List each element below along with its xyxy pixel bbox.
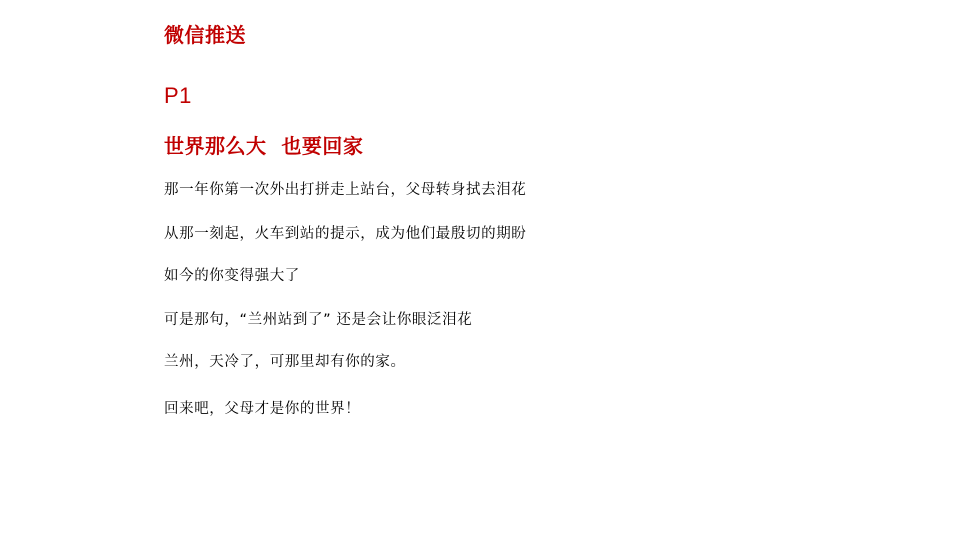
subtitle: 世界那么大 也要回家 [164,134,363,158]
heading-title: 微信推送 [164,23,246,47]
body-line-5: 兰州，天冷了，可那里却有你的家。 [164,353,406,371]
page-label: P1 [164,84,192,108]
body-line-6: 回来吧，父母才是你的世界！ [164,400,360,418]
slide: 微信推送 P1 世界那么大 也要回家 那一年你第一次外出打拼走上站台，父母转身拭… [0,0,960,540]
body-line-1: 那一年你第一次外出打拼走上站台，父母转身拭去泪花 [164,181,526,199]
body-line-4: 可是那句，“兰州站到了” 还是会让你眼泛泪花 [164,311,472,329]
body-line-2: 从那一刻起，火车到站的提示，成为他们最殷切的期盼 [164,225,526,243]
body-line-3: 如今的你变得强大了 [164,267,300,285]
